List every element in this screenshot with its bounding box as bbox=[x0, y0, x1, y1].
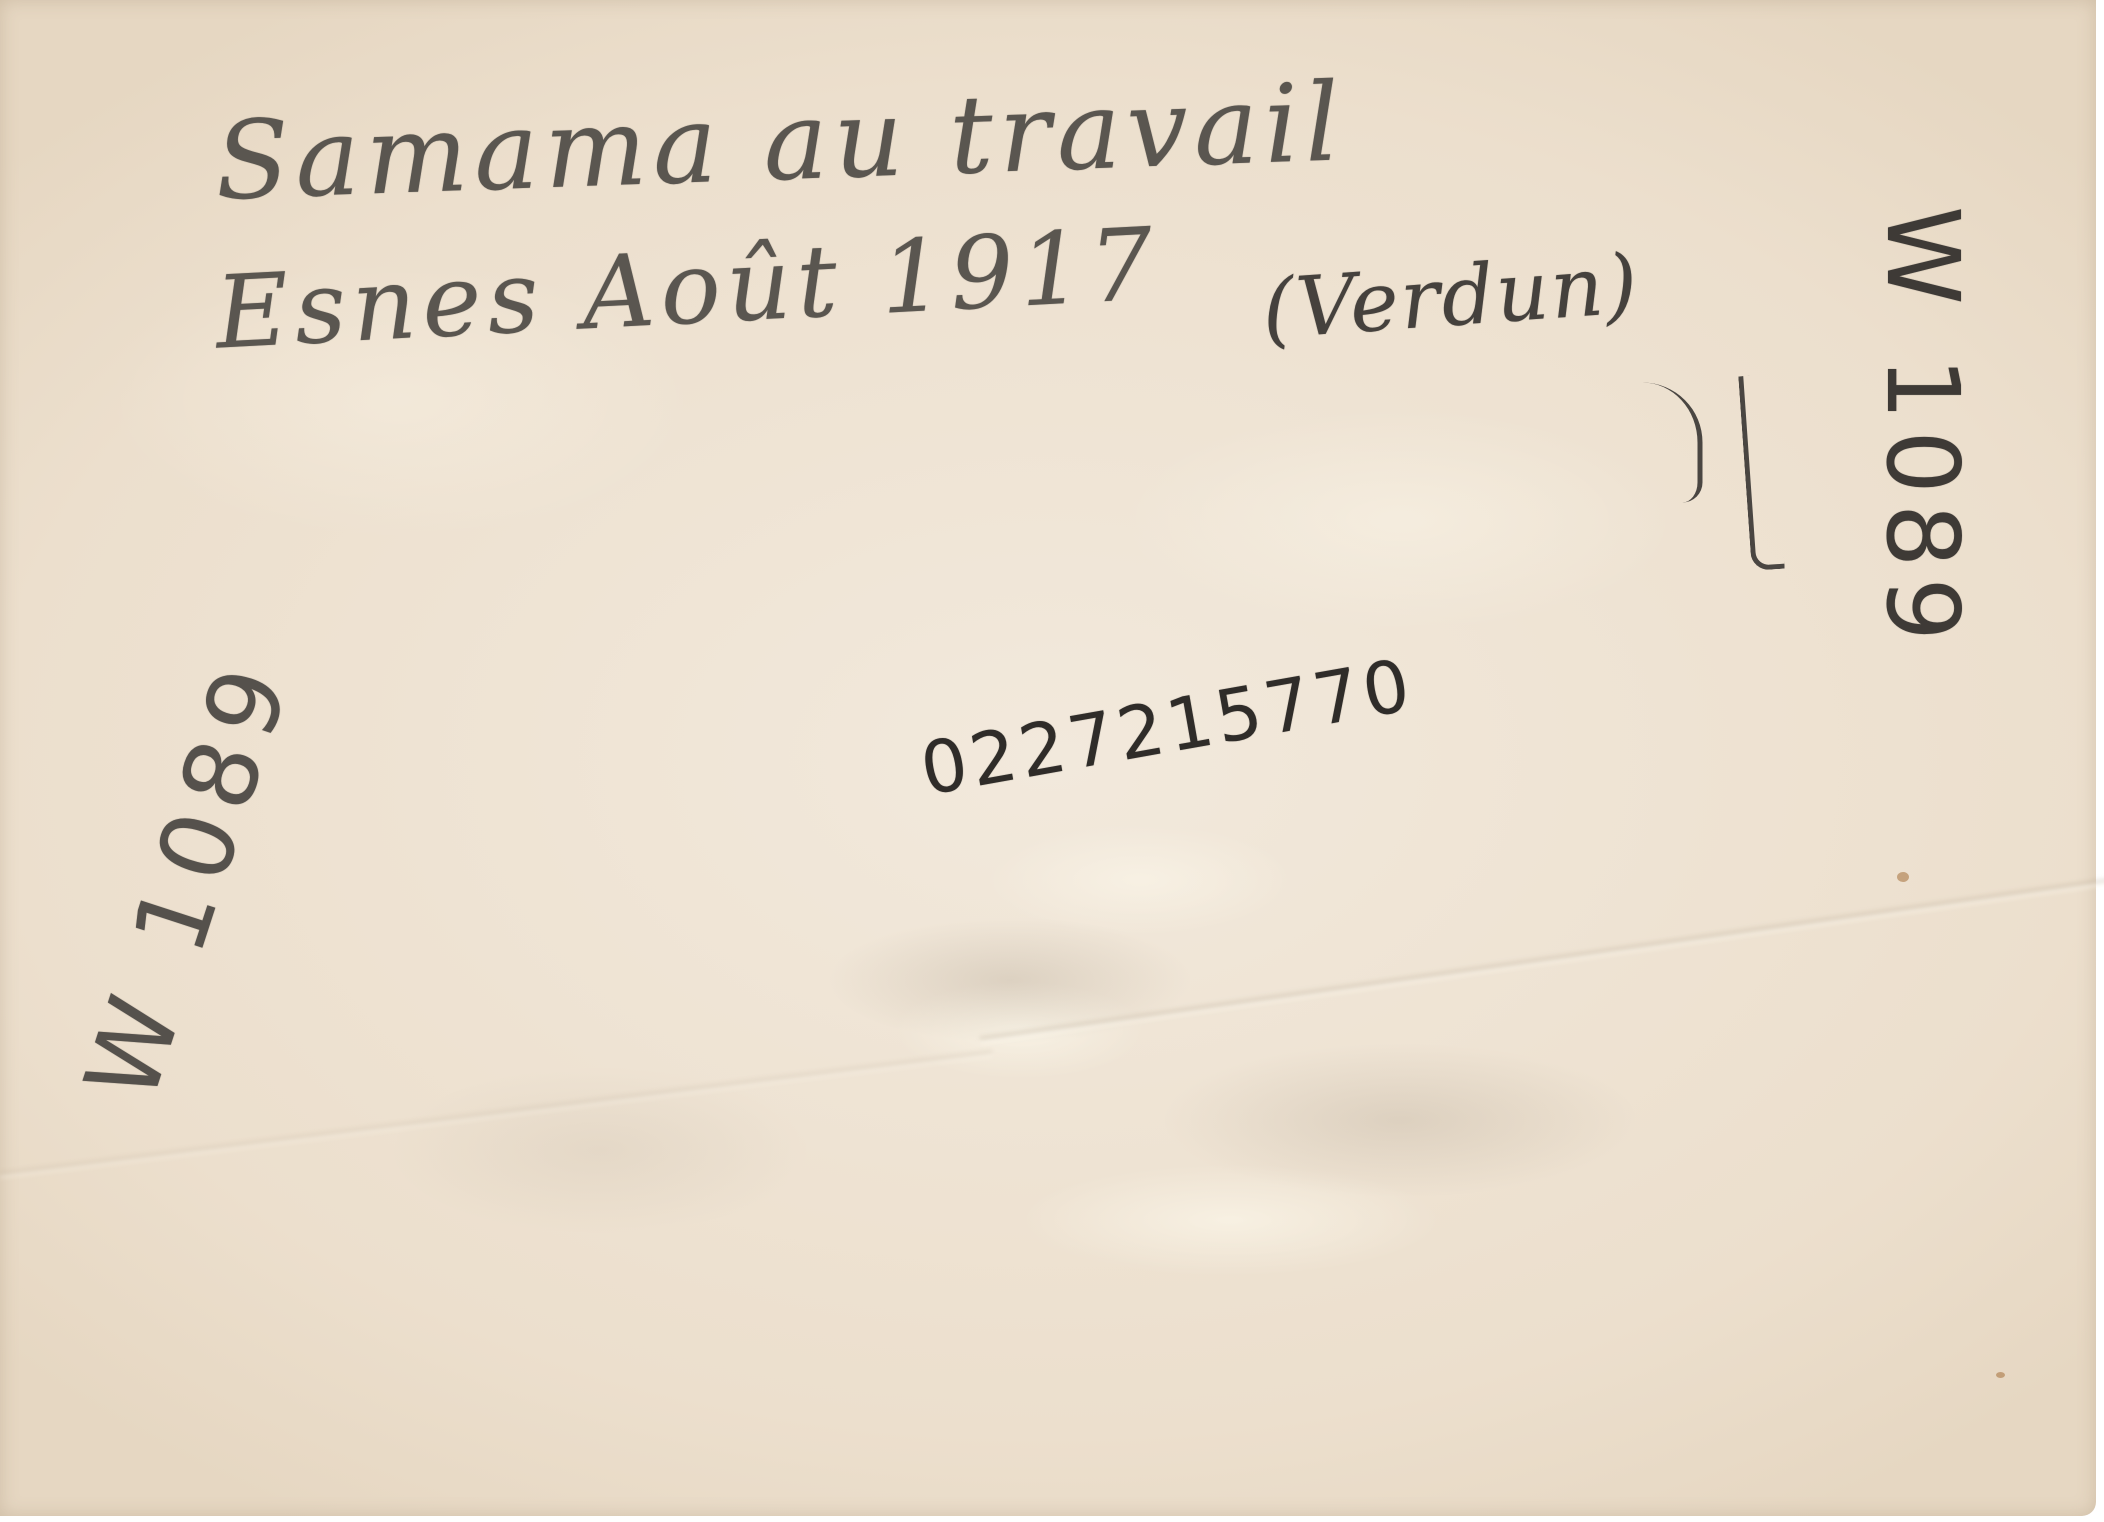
reference-number-right: W 1089 bbox=[1864, 206, 1981, 651]
location-note: (Verdun) bbox=[1259, 237, 1642, 358]
caption-line-1: Samama au travail bbox=[213, 60, 1347, 224]
paper-spot bbox=[1897, 872, 1909, 882]
paper-crease bbox=[979, 875, 2104, 1045]
catalog-number: 0227215770 bbox=[914, 642, 1419, 811]
caption-line-2: Esnes Août 1917 bbox=[213, 205, 1162, 371]
handwritten-mark bbox=[1618, 383, 1703, 503]
reference-number-left: W 1089 bbox=[62, 643, 315, 1114]
paper-spot bbox=[1996, 1372, 2005, 1378]
photo-back-card: Samama au travail Esnes Août 1917 (Verdu… bbox=[0, 0, 2096, 1516]
underline-bracket bbox=[1738, 374, 1785, 571]
